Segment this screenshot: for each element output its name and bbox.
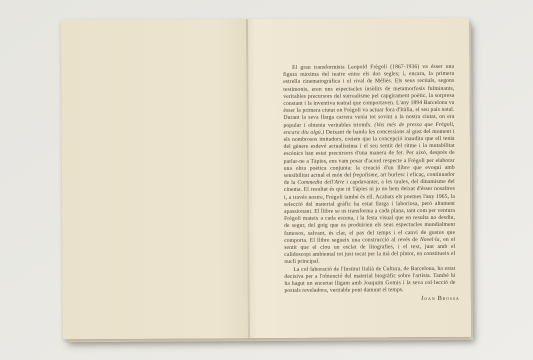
- paragraph: El gran transformista Leopold Frègoli (1…: [283, 64, 455, 267]
- scanned-document-scene: El gran transformista Leopold Frègoli (1…: [0, 0, 533, 360]
- text-run: La col·laboració de l'Institut Italià de…: [284, 266, 455, 295]
- italic-run: Commedia dell'Arte: [297, 180, 344, 186]
- left-page-blank: [61, 19, 248, 339]
- italic-run: fregolisme: [353, 172, 377, 178]
- text-run: El gran transformista Leopold Frègoli (1…: [283, 64, 454, 129]
- paper-spread: El gran transformista Leopold Frègoli (1…: [61, 18, 471, 339]
- signature: Joan Brossa: [285, 295, 460, 303]
- right-page: El gran transformista Leopold Frègoli (1…: [246, 18, 471, 338]
- text-run: i capdavanter, a les taules, del dinamis…: [284, 179, 455, 244]
- body-text: El gran transformista Leopold Frègoli (1…: [283, 64, 455, 296]
- paragraph: La col·laboració de l'Institut Italià de…: [284, 266, 455, 296]
- italic-run: Novel·la: [420, 237, 440, 243]
